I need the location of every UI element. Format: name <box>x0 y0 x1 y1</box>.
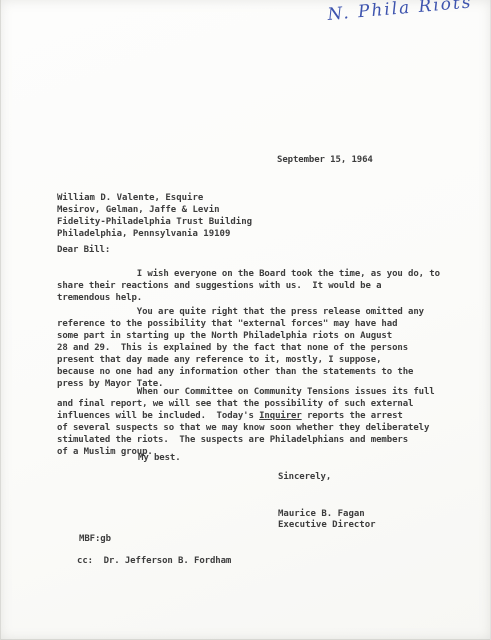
signature-title: Executive Director <box>278 520 376 531</box>
recipient-address: William D. Valente, Esquire Mesirov, Gel… <box>57 192 252 240</box>
cc-line: cc: Dr. Jefferson B. Fordham <box>77 555 231 567</box>
recipient-firm: Mesirov, Gelman, Jaffe & Levin <box>57 204 252 216</box>
paragraph-2: You are quite right that the press relea… <box>57 306 424 390</box>
newspaper-name: Inquirer <box>259 411 302 421</box>
signature-block: Maurice B. Fagan Executive Director <box>278 509 376 531</box>
typist-initials: MBF:gb <box>79 533 111 545</box>
signature-name: Maurice B. Fagan <box>278 509 376 520</box>
paragraph-3: When our Committee on Community Tensions… <box>57 386 435 458</box>
salutation: Dear Bill: <box>57 244 110 256</box>
recipient-name: William D. Valente, Esquire <box>57 192 252 204</box>
scanned-letter-page: N. Phila Riots September 15, 1964 Willia… <box>0 0 491 640</box>
letter-date: September 15, 1964 <box>277 154 373 166</box>
valediction-informal: My best. <box>138 452 181 464</box>
paragraph-1: I wish everyone on the Board took the ti… <box>57 268 440 304</box>
recipient-building: Fidelity-Philadelphia Trust Building <box>57 216 252 228</box>
closing: Sincerely, <box>278 471 331 483</box>
handwritten-annotation: N. Phila Riots <box>327 0 473 21</box>
recipient-city: Philadelphia, Pennsylvania 19109 <box>57 228 252 240</box>
